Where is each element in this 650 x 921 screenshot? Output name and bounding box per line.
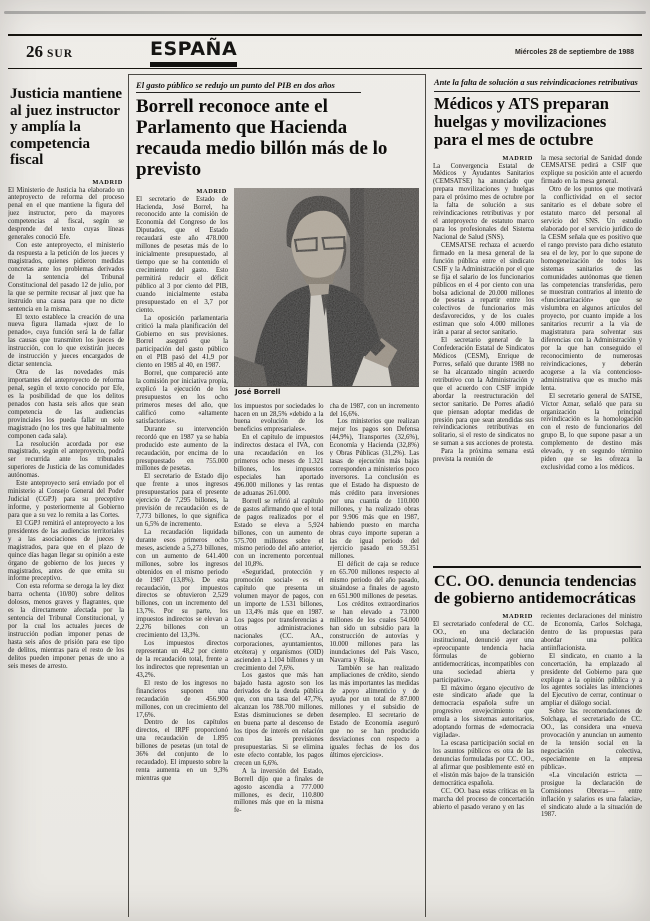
article-medicos: Ante la falta de solución a sus reivindi… xyxy=(433,78,642,559)
body-paragraph: Con este anteproyecto, el ministerio da … xyxy=(8,242,124,313)
newspaper-page: 26 SUR ESPAÑA Miércoles 28 de septiembre… xyxy=(0,0,650,921)
body-paragraph: recientes declaraciones del ministro de … xyxy=(541,613,642,653)
body-paragraph: El secretariado confederal de CC. OO., e… xyxy=(433,621,534,685)
borrell-column-1: MADRID El secretario de Estado de Hacien… xyxy=(136,188,228,917)
body-paragraph: los impuestos por sociedades lo hacen en… xyxy=(234,403,324,435)
dateline: MADRID xyxy=(433,155,533,162)
article-ccoo: CC. OO. denuncia tendencias de gobierno … xyxy=(433,571,642,917)
justicia-body: El Ministerio de Justicia ha elaborado u… xyxy=(8,187,124,671)
issue-date: Miércoles 28 de septiembre de 1988 xyxy=(515,49,634,56)
article-divider-rule xyxy=(433,566,641,568)
body-paragraph: El secretario general de la Confederació… xyxy=(433,337,534,448)
dateline: MADRID xyxy=(433,613,533,620)
justicia-headline: Justicia mantiene al juez instructor y a… xyxy=(10,86,124,169)
body-paragraph: CC. OO. basa estas críticas en la marcha… xyxy=(433,788,534,812)
dateline: MADRID xyxy=(8,179,123,186)
portrait-illustration xyxy=(234,188,419,386)
body-paragraph: Sobre las recomendaciones de Solchaga, e… xyxy=(541,708,642,772)
body-paragraph: Otra de las novedades más importantes de… xyxy=(8,369,124,440)
body-paragraph: La Convergencia Estatal de Médicos y Ayu… xyxy=(433,163,534,242)
ccoo-column-1-text: El secretariado confederal de CC. OO., e… xyxy=(433,621,534,812)
body-paragraph: Otro de los puntos que motivará la confl… xyxy=(541,186,642,392)
body-paragraph: El sindicato, en cuanto a la concertació… xyxy=(541,653,642,709)
borrell-column-1-text: El secretario de Estado de Hacienda, Jos… xyxy=(136,196,228,783)
body-paragraph: La oposición parlamentaria criticó la ma… xyxy=(136,315,228,371)
borrell-column-3: cha de 1987, con un incremento del 16,6%… xyxy=(330,403,420,917)
section-header: ESPAÑA xyxy=(150,40,237,67)
section-underline-bar xyxy=(150,62,237,67)
body-paragraph: El secretario de Estado dijo que frente … xyxy=(136,473,228,529)
ccoo-column-2: recientes declaraciones del ministro de … xyxy=(541,613,642,917)
body-paragraph: Los ministerios que realizan mejor los p… xyxy=(330,418,420,561)
body-paragraph: Los gastos que más han bajado hasta agos… xyxy=(234,672,324,767)
body-paragraph: El secretario de Estado de Hacienda, Jos… xyxy=(136,196,228,315)
dateline: MADRID xyxy=(136,188,227,195)
body-paragraph: «La vinculación estricta —prosigue la de… xyxy=(541,772,642,820)
body-paragraph: Borrell se refirió al capítulo de gastos… xyxy=(234,498,324,569)
body-paragraph: Los impuestos directos representan un 48… xyxy=(136,640,228,680)
body-paragraph: El secretario general de SATSE, Víctor A… xyxy=(541,393,642,472)
body-paragraph: La recaudación liquidada durante esos pr… xyxy=(136,529,228,640)
body-paragraph: Este anteproyecto será enviado por el mi… xyxy=(8,480,124,520)
body-paragraph: Con esta reforma se deroga la ley diez b… xyxy=(8,583,124,670)
body-paragraph: El resto de los ingresos no financieros … xyxy=(136,680,228,720)
photo-caption: José Borrell xyxy=(235,388,419,396)
borrell-photo xyxy=(234,188,419,386)
borrell-headline: Borrell reconoce ante el Parlamento que … xyxy=(136,97,415,181)
ccoo-body: MADRID El secretariado confederal de CC.… xyxy=(433,613,642,917)
scan-artifact-line xyxy=(4,11,646,14)
article-borrell: El gasto público se redujo un punto del … xyxy=(128,74,426,917)
body-paragraph: Para la próxima semana está prevista la … xyxy=(433,448,534,464)
medicos-column-1-text: La Convergencia Estatal de Médicos y Ayu… xyxy=(433,163,534,465)
body-paragraph: Durante su intervención recordó que en 1… xyxy=(136,426,228,474)
folio: 26 SUR xyxy=(26,42,73,62)
borrell-column-2: los impuestos por sociedades lo hacen en… xyxy=(234,403,324,917)
borrell-lower-columns: los impuestos por sociedades lo hacen en… xyxy=(234,403,419,917)
body-paragraph: El déficit de caja se reduce en 65.700 m… xyxy=(330,561,420,601)
body-paragraph: «Seguridad, protección y promoción socia… xyxy=(234,569,324,672)
medicos-column-2: la mesa sectorial de Sanidad donde CEMSA… xyxy=(541,155,642,559)
page-number: 26 xyxy=(26,42,43,62)
body-paragraph: La escasa participación social en los as… xyxy=(433,740,534,788)
page-content: Justicia mantiene al juez instructor y a… xyxy=(8,74,642,917)
body-paragraph: El máximo órgano ejecutivo de este sindi… xyxy=(433,685,534,741)
body-paragraph: El Ministerio de Justicia ha elaborado u… xyxy=(8,187,124,243)
body-paragraph: A la inversión del Estado, Borrell dijo … xyxy=(234,768,324,816)
section-title: ESPAÑA xyxy=(150,40,237,59)
body-paragraph: En el capítulo de impuestos indirectos d… xyxy=(234,434,324,498)
body-paragraph: El texto establece la creación de una nu… xyxy=(8,314,124,370)
body-paragraph: cha de 1987, con un incremento del 16,6%… xyxy=(330,403,420,419)
body-paragraph: Borrel, que compareció ante la comisión … xyxy=(136,370,228,426)
borrell-right-area: José Borrell los impuestos por sociedade… xyxy=(234,188,419,917)
body-paragraph: El CGPJ remitirá el anteproyecto a los p… xyxy=(8,520,124,584)
borrell-body: MADRID El secretario de Estado de Hacien… xyxy=(129,186,425,917)
right-rail: Ante la falta de solución a sus reivindi… xyxy=(430,74,642,917)
medicos-headline: Médicos y ATS preparan huelgas y moviliz… xyxy=(434,95,640,148)
ccoo-headline: CC. OO. denuncia tendencias de gobierno … xyxy=(434,573,640,608)
article-justicia: Justicia mantiene al juez instructor y a… xyxy=(8,74,124,917)
body-paragraph: La resolución acordada por ese magistrad… xyxy=(8,441,124,481)
medicos-body: MADRID La Convergencia Estatal de Médico… xyxy=(433,155,642,559)
body-paragraph: Los créditos extraordinarios se han elev… xyxy=(330,601,420,665)
body-paragraph: Dentro de los capítulos directos, el IRP… xyxy=(136,719,228,783)
borrell-kicker: El gasto público se redujo un punto del … xyxy=(136,80,361,93)
edition-name: SUR xyxy=(47,48,73,60)
body-paragraph: la mesa sectorial de Sanidad donde CEMSA… xyxy=(541,155,642,187)
medicos-kicker: Ante la falta de solución a sus reivindi… xyxy=(434,78,640,92)
medicos-column-1: MADRID La Convergencia Estatal de Médico… xyxy=(433,155,534,559)
borrell-photo-block: José Borrell xyxy=(234,188,419,399)
masthead: 26 SUR ESPAÑA Miércoles 28 de septiembre… xyxy=(8,34,642,69)
body-paragraph: También se han realizado ampliaciones de… xyxy=(330,665,420,760)
body-paragraph: CEMSATSE rechaza el acuerdo firmado en l… xyxy=(433,242,534,337)
ccoo-column-1: MADRID El secretariado confederal de CC.… xyxy=(433,613,534,917)
